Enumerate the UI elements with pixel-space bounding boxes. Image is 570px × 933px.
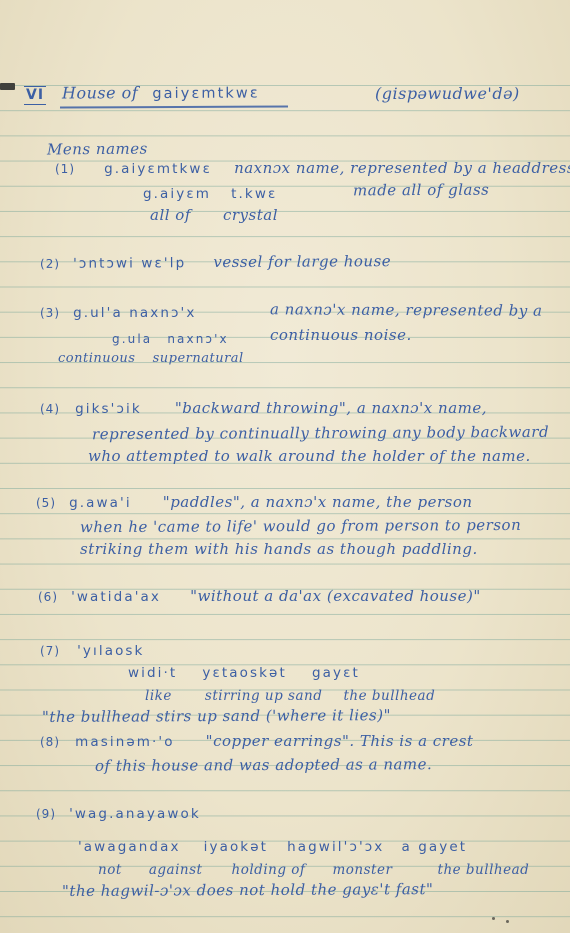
- entry-3-glosses: continuous supernatural: [58, 347, 244, 366]
- morpheme: gayɛt: [312, 665, 360, 681]
- entry-4-desc3-text: who attempted to walk around the holder …: [88, 447, 531, 465]
- entry-1-term: g.aiyɛmtkwɛ: [104, 161, 212, 177]
- section-label: Mens names: [47, 140, 148, 159]
- entry-9-term: 'wag.anayawok: [69, 806, 201, 822]
- entry-3-number: (3): [40, 306, 60, 320]
- morpheme: hagwil'ɔ'ɔx: [287, 839, 384, 855]
- morpheme: 'awagandax: [78, 839, 181, 855]
- entry-7-translation-text: "the bullhead stirs up sand ('where it l…: [42, 706, 391, 726]
- morpheme: naxnɔ'x: [167, 332, 228, 346]
- entry-1-desc: naxnɔx name, represented by a headdress: [234, 159, 570, 177]
- entry-8-desc: "copper earrings". This is a crest: [206, 732, 474, 750]
- entry-3-desc2: continuous noise.: [270, 325, 412, 344]
- page-title-name: gaiyɛmtkwɛ: [152, 85, 260, 102]
- gloss: all of: [150, 206, 191, 224]
- entry-4-term: giks'ɔik: [75, 401, 142, 417]
- entry-3-desc-text: a naxnɔ'x name, represented by a: [270, 300, 543, 319]
- entry-5-desc3-text: striking them with his hands as though p…: [80, 540, 478, 558]
- entry-3-line: (3) g.ul'a naxnɔ'x: [40, 302, 196, 321]
- gloss: supernatural: [153, 351, 244, 366]
- ink-speck: [506, 920, 509, 923]
- entry-8-desc2: of this house and was adopted as a name.: [95, 754, 432, 775]
- entry-5-term: g.awa'i: [69, 495, 132, 511]
- entry-9-line: (9) 'wag.anayawok: [36, 803, 201, 822]
- section-numeral: VI: [24, 86, 46, 105]
- entry-8-line: (8) masinəm·'o "copper earrings". This i…: [40, 731, 473, 750]
- entry-9-translation: "the hagwil-ɔ'ɔx does not hold the gayɛ'…: [62, 879, 433, 900]
- entry-7-morphemes: widi·t yɛtaoskət gayɛt: [128, 662, 360, 681]
- entry-5-desc3: striking them with his hands as though p…: [80, 539, 478, 558]
- entry-4-desc3: who attempted to walk around the holder …: [88, 446, 531, 465]
- entry-8-desc2-text: of this house and was adopted as a name.: [95, 755, 432, 775]
- entry-5-number: (5): [36, 496, 56, 510]
- entry-4-desc2-text: represented by continually throwing any …: [92, 423, 549, 443]
- entry-6-term: 'watida'ax: [71, 589, 161, 605]
- entry-7-number: (7): [40, 644, 60, 658]
- gloss: stirring up sand: [205, 688, 322, 704]
- entry-4-line: (4) giks'ɔik "backward throwing", a naxn…: [40, 398, 487, 417]
- entry-6-desc: "without a da'ax (excavated house)": [190, 587, 481, 605]
- morpheme: yɛtaoskət: [202, 665, 286, 681]
- entry-9-number: (9): [36, 807, 56, 821]
- entry-5-line: (5) g.awa'i "paddles", a naxnɔ'x name, t…: [36, 492, 473, 511]
- entry-3-desc2-text: continuous noise.: [270, 326, 412, 344]
- entry-2-desc: vessel for large house: [213, 252, 391, 271]
- entry-1-glosses: all of crystal: [150, 205, 278, 224]
- page-title-prefix: House of: [62, 83, 138, 102]
- entry-5-desc2-text: when he 'came to life' would go from per…: [80, 516, 521, 536]
- entry-8-term: masinəm·'o: [75, 734, 174, 750]
- entry-5-desc2: when he 'came to life' would go from per…: [80, 515, 521, 536]
- entry-4-number: (4): [40, 402, 60, 416]
- entry-3-desc: a naxnɔ'x name, represented by a: [270, 299, 543, 319]
- entry-3-morphemes: g.ula naxnɔ'x: [112, 328, 229, 347]
- morpheme: g.aiyɛm: [143, 186, 211, 202]
- entry-6-line: (6) 'watida'ax "without a da'ax (excavat…: [38, 586, 481, 605]
- entry-1-desc2: made all of glass: [353, 180, 489, 200]
- gloss: the bullhead: [438, 862, 530, 878]
- entry-9-glosses: not against holding of monster the bullh…: [98, 859, 529, 878]
- morpheme: a gayet: [402, 839, 468, 855]
- gloss: against: [149, 862, 203, 878]
- entry-1-line: (1) g.aiyɛmtkwɛ naxnɔx name, represented…: [55, 158, 570, 177]
- entry-5-desc: "paddles", a naxnɔ'x name, the person: [163, 493, 473, 511]
- entry-6-number: (6): [38, 590, 58, 604]
- entry-2-number: (2): [40, 257, 60, 271]
- entry-2-line: (2) 'ɔntɔwi wɛ'lp vessel for large house: [40, 251, 391, 272]
- entry-1-morphemes: g.aiyɛm t.kwɛ: [143, 183, 277, 202]
- entry-1-number: (1): [55, 162, 75, 176]
- entry-3-term: g.ul'a naxnɔ'x: [73, 305, 196, 321]
- entry-7-glosses: like stirring up sand the bullhead: [145, 685, 435, 704]
- entry-4-desc: "backward throwing", a naxnɔ'x name,: [175, 399, 487, 417]
- morpheme: iyaokət: [204, 839, 268, 855]
- entry-4-desc2: represented by continually throwing any …: [92, 422, 549, 443]
- entry-7-term: 'yılaosk: [77, 643, 144, 659]
- entry-7-line: (7) 'yılaosk: [40, 640, 144, 659]
- ink-speck: [492, 917, 495, 920]
- gloss: crystal: [223, 206, 278, 224]
- notebook-page: VI House of gaiyɛmtkwɛ (gispəwudwe'də) M…: [0, 0, 570, 933]
- gloss: not: [98, 862, 122, 878]
- edge-mark: [0, 83, 15, 90]
- gloss: continuous: [58, 351, 135, 366]
- entry-9-morphemes: 'awagandax iyaokət hagwil'ɔ'ɔx a gayet: [78, 836, 467, 855]
- title-underline: [60, 106, 288, 109]
- entry-9-translation-text: "the hagwil-ɔ'ɔx does not hold the gayɛ'…: [62, 880, 433, 900]
- gloss: like: [145, 688, 172, 704]
- entry-8-number: (8): [40, 735, 60, 749]
- entry-2-term: 'ɔntɔwi wɛ'lp: [73, 255, 186, 272]
- morpheme: g.ula: [112, 332, 152, 346]
- morpheme: t.kwɛ: [231, 186, 277, 202]
- entry-1-desc2-text: made all of glass: [353, 181, 489, 200]
- morpheme: widi·t: [128, 665, 177, 681]
- entry-7-translation: "the bullhead stirs up sand ('where it l…: [42, 705, 391, 726]
- house-annotation: (gispəwudwe'də): [375, 84, 520, 103]
- gloss: holding of: [232, 862, 306, 878]
- gloss: the bullhead: [343, 688, 435, 704]
- gloss: monster: [333, 862, 393, 878]
